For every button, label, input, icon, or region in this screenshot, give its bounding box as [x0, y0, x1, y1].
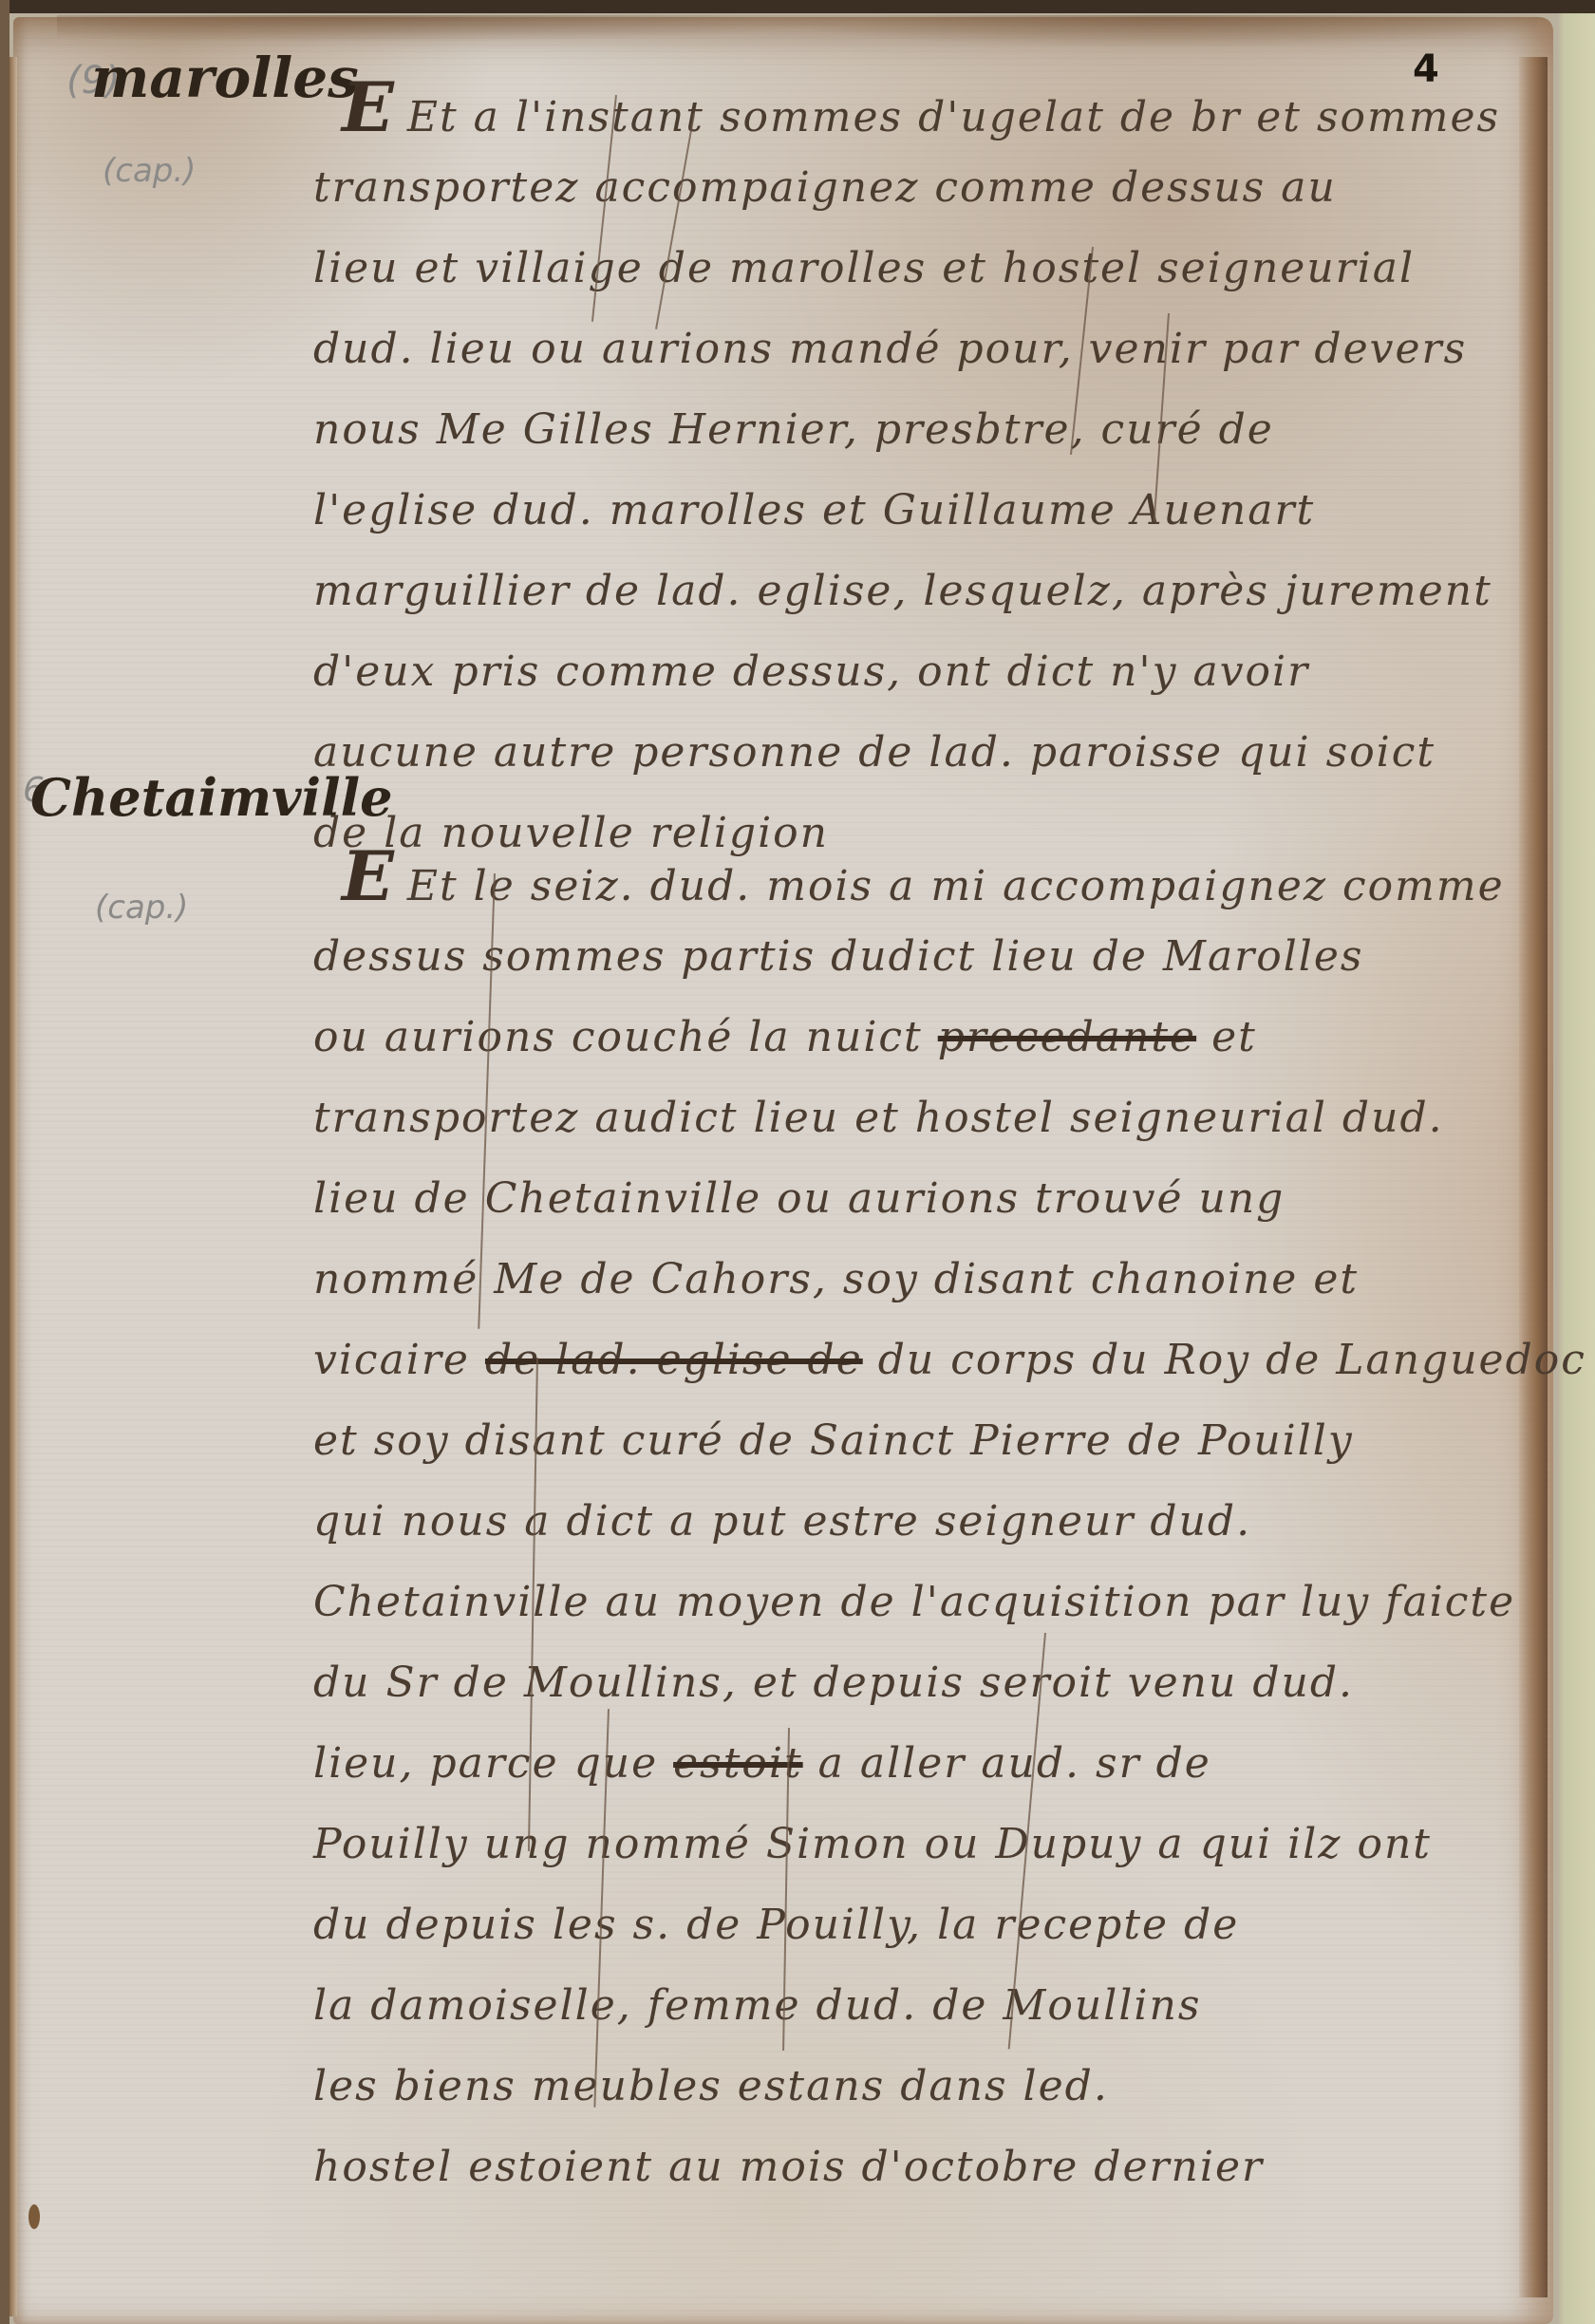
text-line: et soy disant curé de Sainct Pierre de P…	[313, 1400, 1538, 1481]
struck-text: de lad. eglise de	[485, 1336, 863, 1384]
text-line: hostel estoient au mois d'octobre dernie…	[313, 2127, 1538, 2207]
text-line: du Sr de Moullins, et depuis seroit venu…	[313, 1642, 1538, 1723]
text-line: lieu de Chetainville ou aurions trouvé u…	[313, 1158, 1538, 1239]
text-line: dessus sommes partis dudict lieu de Maro…	[313, 916, 1538, 997]
text-line: EEt a l'instant sommes d'ugelat de br et…	[313, 66, 1538, 147]
text-line: d'eux pris comme dessus, ont dict n'y av…	[313, 631, 1538, 712]
text-line: nous Me Gilles Hernier, presbtre, curé d…	[313, 389, 1538, 470]
text-line: dud. lieu ou aurions mandé pour, venir p…	[313, 309, 1538, 389]
text-line: lieu, parce que estoit a aller aud. sr d…	[313, 1723, 1538, 1804]
margin-heading-chetaimville: Chetaimville	[30, 767, 392, 828]
margin-annotation: (cap.)	[95, 889, 188, 927]
text-line: marguillier de lad. eglise, lesquelz, ap…	[313, 551, 1538, 631]
entry-marolles: EEt a l'instant sommes d'ugelat de br et…	[313, 66, 1538, 873]
drop-cap: E	[342, 835, 396, 916]
text-line: lieu et villaige de marolles et hostel s…	[313, 228, 1538, 309]
text-line: transportez accompaignez comme dessus au	[313, 147, 1538, 228]
paper-hole	[28, 2204, 40, 2229]
text-line: vicaire de lad. eglise de du corps du Ro…	[313, 1320, 1538, 1400]
text-line: Pouilly ung nommé Simon ou Dupuy a qui i…	[313, 1804, 1538, 1884]
text-line: Chetainville au moyen de l'acquisition p…	[313, 1562, 1538, 1642]
text-line: du depuis les s. de Pouilly, la recepte …	[313, 1884, 1538, 1965]
text-line: les biens meubles estans dans led.	[313, 2046, 1538, 2127]
text-line: transportez audict lieu et hostel seigne…	[313, 1078, 1538, 1158]
margin-annotation: (cap.)	[103, 152, 196, 190]
text-line: la damoiselle, femme dud. de Moullins	[313, 1965, 1538, 2046]
drop-cap: E	[342, 66, 396, 147]
text-line: EEt le seiz. dud. mois a mi accompaignez…	[313, 835, 1538, 916]
text-line: ou aurions couché la nuict precedante et	[313, 997, 1538, 1078]
text-line: l'eglise dud. marolles et Guillaume Auen…	[313, 470, 1538, 551]
entry-chetaimville: EEt le seiz. dud. mois a mi accompaignez…	[313, 835, 1538, 2207]
struck-text: estoit	[673, 1739, 803, 1788]
text-line: qui nous a dict a put estre seigneur dud…	[313, 1481, 1538, 1562]
struck-text: precedante	[938, 1013, 1196, 1061]
text-line: nommé Me de Cahors, soy disant chanoine …	[313, 1239, 1538, 1320]
text-line: aucune autre personne de lad. paroisse q…	[313, 712, 1538, 793]
sheet-left-edge	[9, 57, 17, 2316]
